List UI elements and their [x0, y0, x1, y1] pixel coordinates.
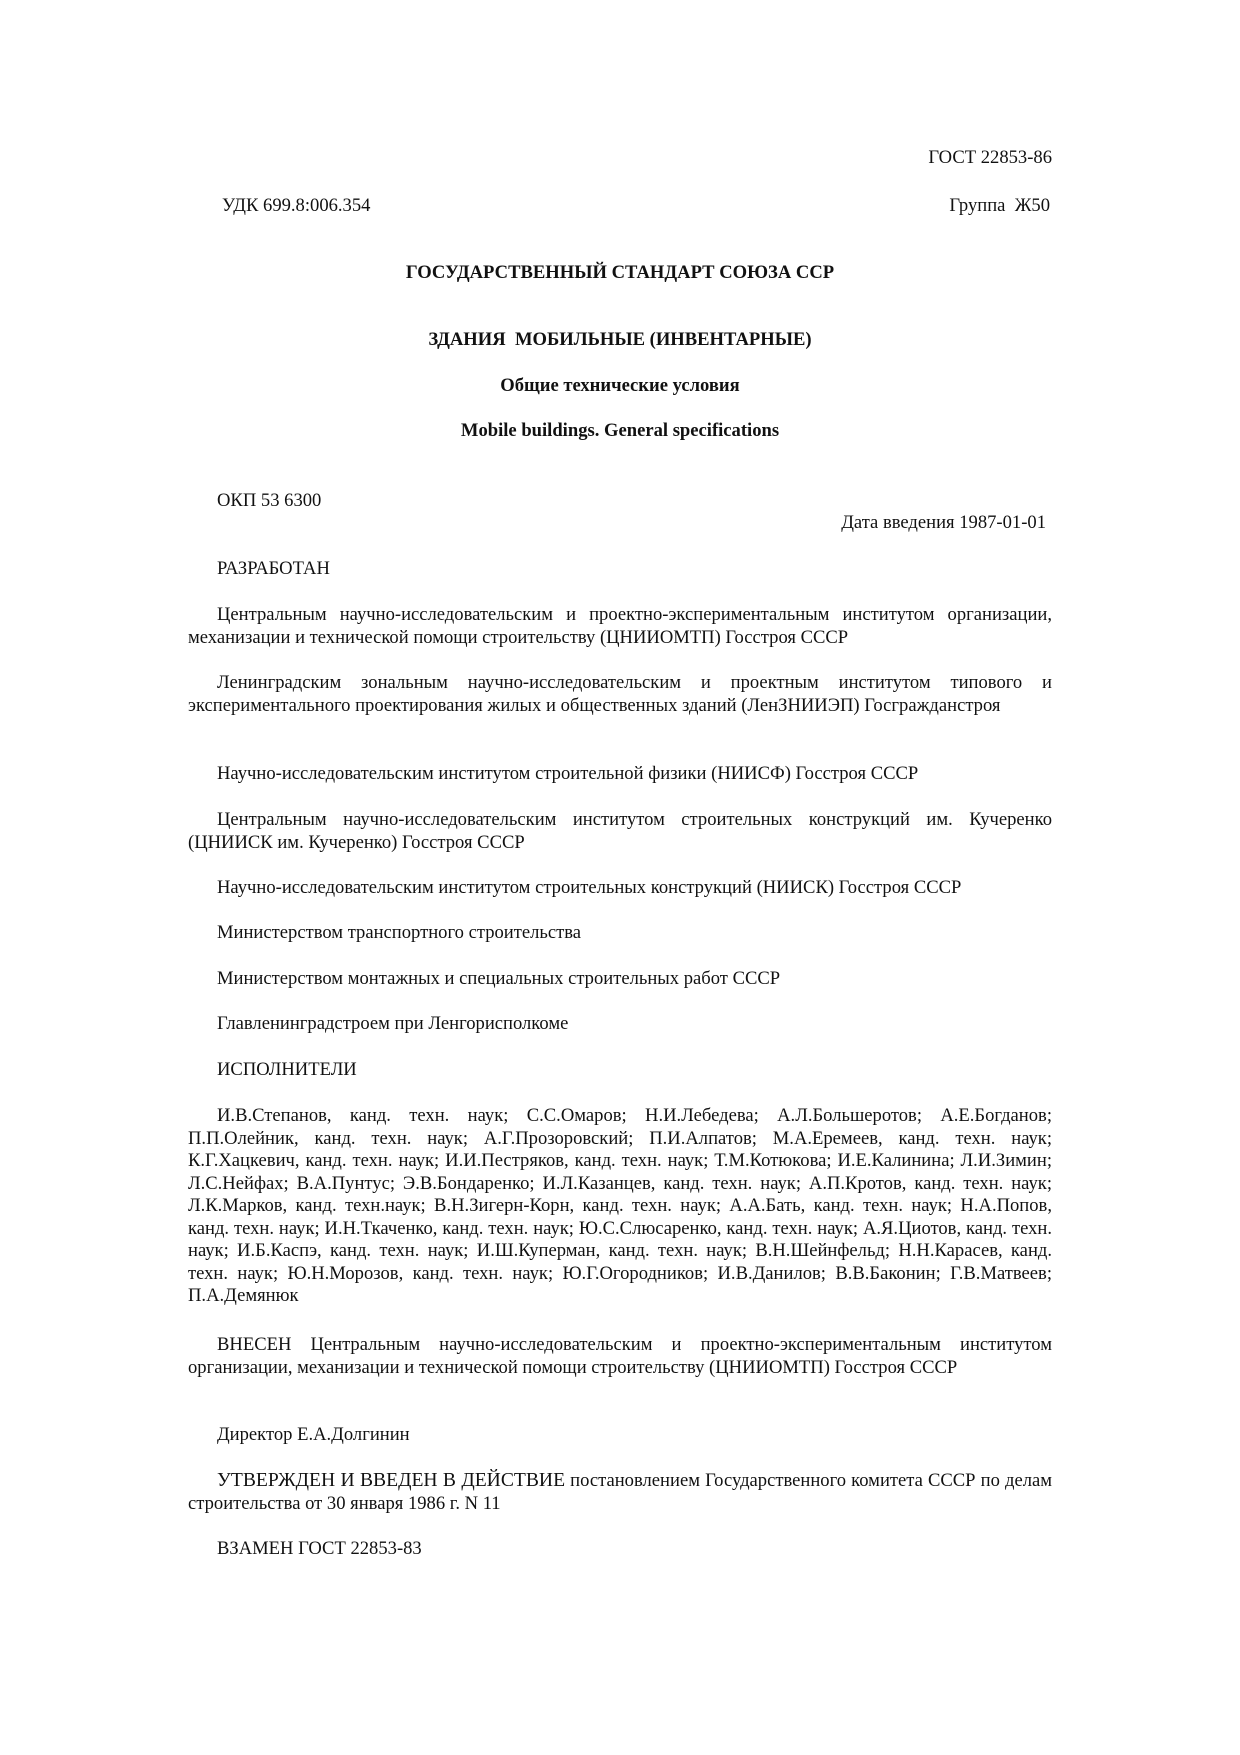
document-title-line1: ГОСУДАРСТВЕННЫЙ СТАНДАРТ СОЮЗА ССР [188, 262, 1052, 285]
performers-heading: ИСПОЛНИТЕЛИ [217, 1059, 357, 1082]
developed-heading: РАЗРАБОТАН [217, 558, 330, 581]
document-title-line2: ЗДАНИЯ МОБИЛЬНЫЕ (ИНВЕНТАРНЫЕ) [188, 329, 1052, 352]
developer-item: Министерством монтажных и специальных ст… [188, 968, 1052, 991]
developer-item: Министерством транспортного строительств… [188, 922, 1052, 945]
okp-code: ОКП 53 6300 [217, 490, 321, 513]
udk-code: УДК 699.8:006.354 [222, 195, 370, 218]
developer-item: Научно-исследовательским институтом стро… [188, 877, 1052, 900]
standard-number: ГОСТ 22853-86 [700, 147, 1052, 170]
developer-item: Научно-исследовательским институтом стро… [188, 763, 1052, 786]
replaces: ВЗАМЕН ГОСТ 22853-83 [188, 1538, 1052, 1561]
document-title-english: Mobile buildings. General specifications [188, 420, 1052, 443]
developer-item: Главленинградстроем при Ленгорисполкоме [188, 1013, 1052, 1036]
document-page: ГОСТ 22853-86 УДК 699.8:006.354 Группа Ж… [0, 0, 1240, 1755]
date-introduced: Дата введения 1987-01-01 [700, 512, 1046, 535]
approved-statement: УТВЕРЖДЕН И ВВЕДЕН В ДЕЙСТВИЕ постановле… [188, 1470, 1052, 1515]
group-code: Группа Ж50 [800, 195, 1050, 218]
director: Директор Е.А.Долгинин [188, 1424, 1052, 1447]
document-subtitle: Общие технические условия [188, 375, 1052, 398]
performers-list: И.В.Степанов, канд. техн. наук; С.С.Омар… [188, 1105, 1052, 1308]
developer-item: Ленинградским зональным научно-исследова… [188, 672, 1052, 717]
developer-item: Центральным научно-исследовательским и п… [188, 604, 1052, 649]
developer-item: Центральным научно-исследовательским инс… [188, 809, 1052, 854]
introduced-by: ВНЕСЕН Центральным научно-исследовательс… [188, 1334, 1052, 1379]
approved-lead: УТВЕРЖДЕН И ВВЕДЕН В ДЕЙСТВИЕ [217, 1470, 565, 1491]
